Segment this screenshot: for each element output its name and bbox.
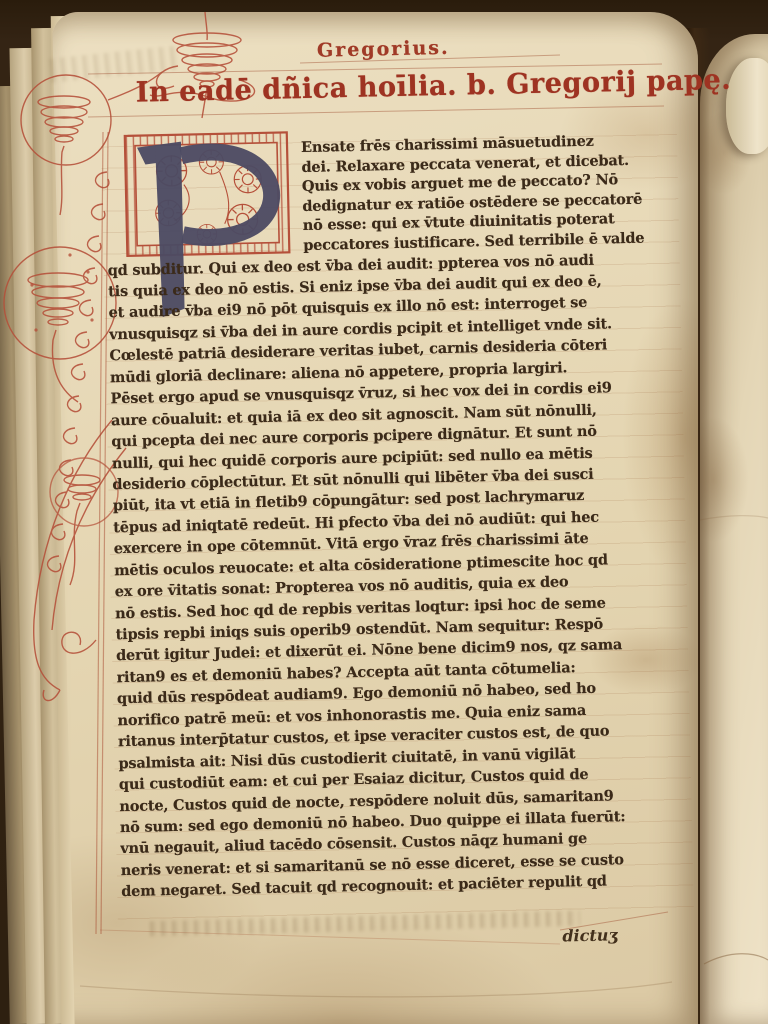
manuscript-photo: Gregorius. In eadē dñica hoīlia. b. Greg… xyxy=(0,0,768,1024)
body-text: Ensate frēs charissimi māsuetudinez dei.… xyxy=(105,130,683,903)
catchword: dictuʒ xyxy=(562,925,618,945)
rubric-title: In eadē dñica hoīlia. b. Gregorij papę. xyxy=(135,63,731,109)
written-area: Gregorius. In eadē dñica hoīlia. b. Greg… xyxy=(0,0,768,1024)
running-title: Gregorius. xyxy=(317,37,450,62)
